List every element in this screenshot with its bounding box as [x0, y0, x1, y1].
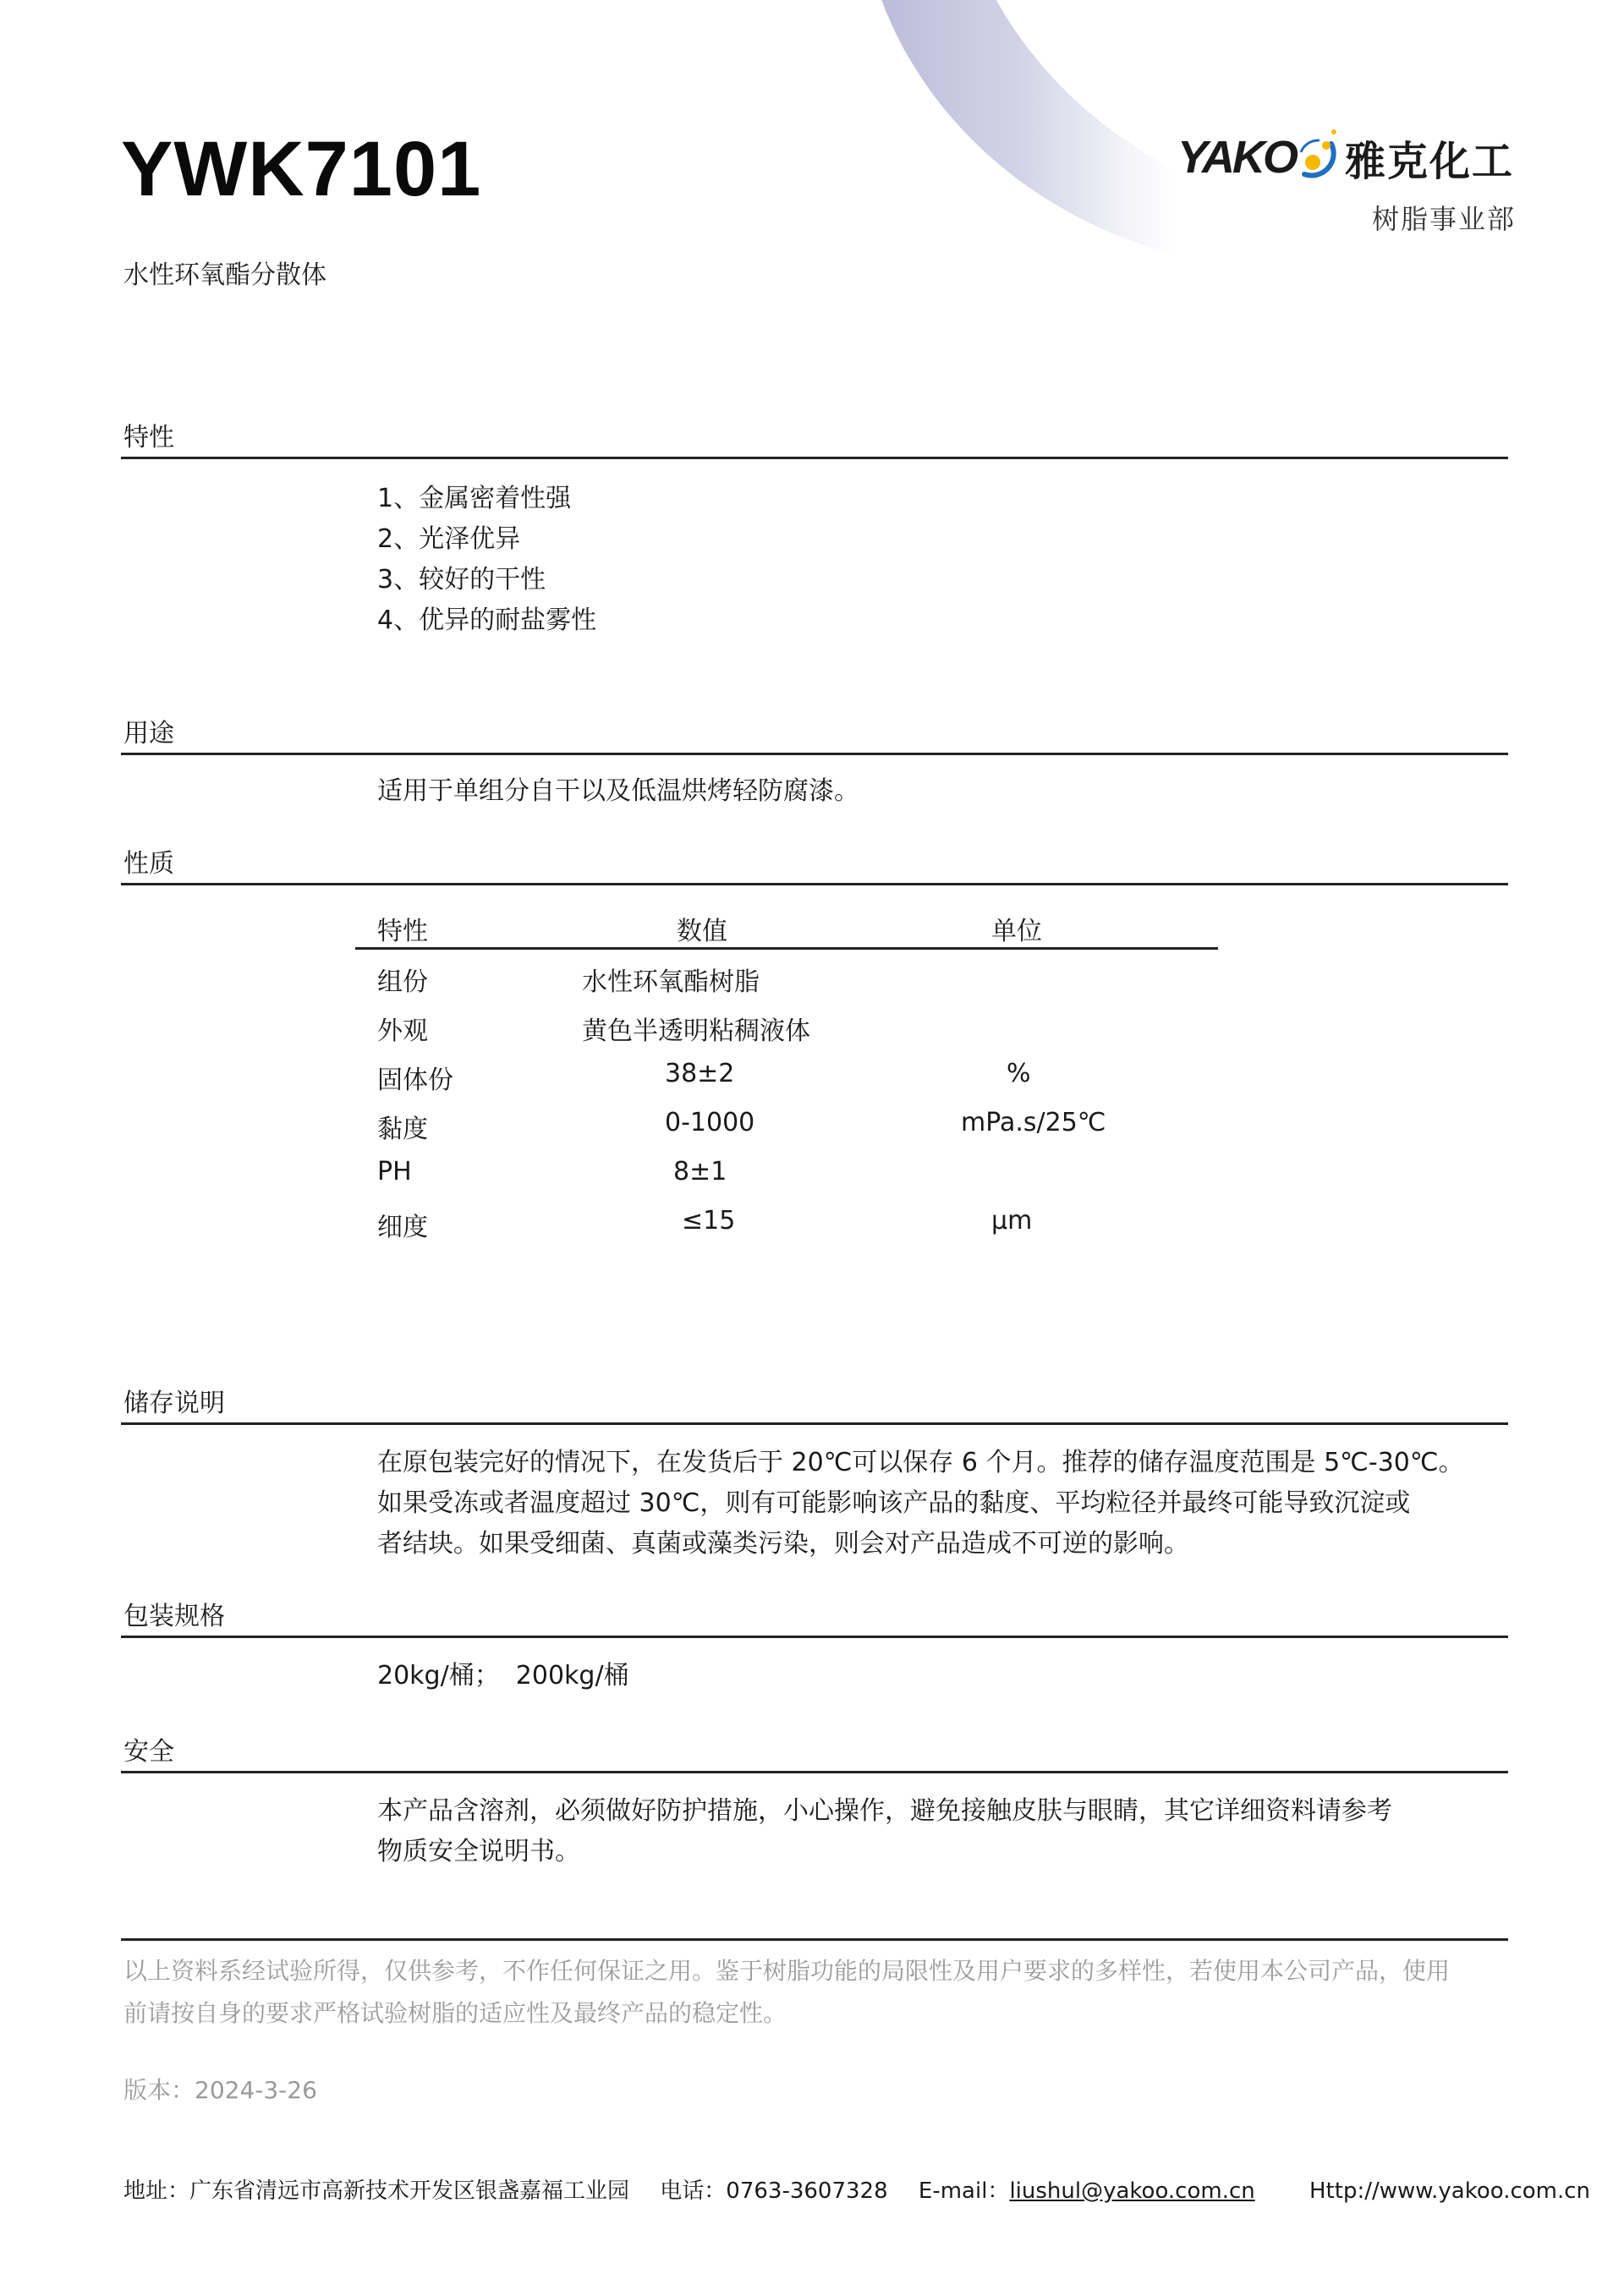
logo-latin: YAKO [1177, 131, 1296, 184]
section-heading-storage: 储存说明 [123, 1382, 225, 1419]
feature-item: 3、较好的干性 [377, 558, 546, 595]
section-divider [121, 1422, 1508, 1425]
section-heading-packaging: 包装规格 [123, 1595, 225, 1632]
footer-email-label: E-mail： [919, 2178, 1010, 2204]
cell-value: 38±2 [665, 1059, 734, 1088]
section-heading-properties: 性质 [123, 842, 174, 879]
company-logo: YAKO 雅克化工 [1177, 127, 1514, 188]
feature-item: 2、光泽优异 [377, 518, 520, 555]
section-heading-safety: 安全 [123, 1730, 174, 1767]
section-divider [121, 1771, 1508, 1773]
product-code-title: YWK7101 [121, 125, 481, 214]
version-text: 版本：2024-3-26 [123, 2072, 317, 2106]
disclaimer-line: 前请按自身的要求严格试验树脂的适应性及最终产品的稳定性。 [123, 1992, 1511, 2035]
section-heading-application: 用途 [123, 712, 174, 749]
cell-value: 黄色半透明粘稠液体 [582, 1010, 810, 1047]
cell-unit: mPa.s/25℃ [961, 1108, 1106, 1137]
footer-phone: 电话：0763-3607328 [660, 2178, 887, 2204]
cell-unit: μm [991, 1206, 1032, 1236]
feature-item: 4、优异的耐盐雾性 [377, 599, 596, 636]
cell-value: 8±1 [673, 1157, 727, 1186]
table-header-unit: 单位 [991, 910, 1042, 947]
section-divider [121, 753, 1508, 755]
cell-property: 黏度 [377, 1108, 428, 1145]
storage-line: 如果受冻或者温度超过 30℃，则有可能影响该产品的黏度、平均粒径并最终可能导致沉… [377, 1483, 1502, 1524]
cell-value: ≤15 [682, 1206, 735, 1236]
cell-property: 外观 [377, 1010, 428, 1047]
footer-contact: 地址：广东省清远市高新技术开发区银盏嘉福工业园 电话：0763-3607328 … [123, 2173, 1614, 2205]
footer-address: 地址：广东省清远市高新技术开发区银盏嘉福工业园 [123, 2178, 629, 2204]
storage-line: 在原包装完好的情况下，在发货后于 20℃可以保存 6 个月。推荐的储存温度范围是… [377, 1443, 1502, 1483]
disclaimer-line: 以上资料系经试验所得，仅供参考，不作任何保证之用。鉴于树脂功能的局限性及用户要求… [123, 1950, 1511, 1992]
section-heading-features: 特性 [123, 416, 174, 453]
storage-line: 者结块。如果受细菌、真菌或藻类污染，则会对产品造成不可逆的影响。 [377, 1524, 1502, 1564]
cell-property: 组份 [377, 961, 428, 998]
division-name: 树脂事业部 [1372, 198, 1516, 237]
disclaimer: 以上资料系经试验所得，仅供参考，不作任何保证之用。鉴于树脂功能的局限性及用户要求… [123, 1950, 1511, 2035]
cell-value: 0-1000 [665, 1108, 754, 1137]
logo-orbit-icon [1298, 127, 1340, 188]
section-divider [121, 457, 1508, 459]
section-divider [121, 883, 1508, 885]
cell-value: 水性环氧酯树脂 [582, 961, 760, 998]
footer-website-link[interactable]: Http://www.yakoo.com.cn [1309, 2178, 1590, 2204]
table-header-divider [355, 947, 1218, 950]
application-text: 适用于单组分自干以及低温烘烤轻防腐漆。 [377, 771, 1502, 812]
table-header-value: 数值 [677, 910, 727, 947]
safety-line: 物质安全说明书。 [377, 1832, 1502, 1872]
cell-property: PH [377, 1157, 412, 1186]
feature-item: 1、金属密着性强 [377, 477, 571, 514]
safety-line: 本产品含溶剂，必须做好防护措施，小心操作，避免接触皮肤与眼睛，其它详细资料请参考 [377, 1791, 1502, 1832]
section-divider [121, 1636, 1508, 1638]
cell-property: 细度 [377, 1206, 428, 1243]
table-header-property: 特性 [377, 910, 428, 947]
logo-chinese: 雅克化工 [1345, 129, 1514, 187]
cell-property: 固体份 [377, 1059, 453, 1096]
product-name: 水性环氧酯分散体 [123, 254, 326, 291]
disclaimer-divider [121, 1938, 1508, 1941]
packaging-text: 20kg/桶； 200kg/桶 [377, 1656, 1502, 1696]
footer-email-link[interactable]: liushul@yakoo.com.cn [1009, 2178, 1254, 2204]
cell-unit: % [1007, 1059, 1031, 1088]
